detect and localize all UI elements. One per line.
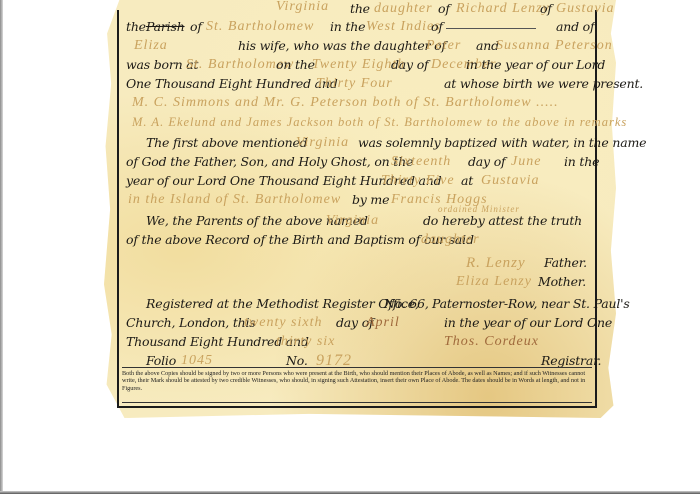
line-birth-year: One Thousand Eight Hundred and Thirty Fo… xyxy=(126,75,588,93)
printed-of-2: of xyxy=(540,0,552,18)
line-witnesses-2: M. A. Ekelund and James Jackson both of … xyxy=(126,113,588,131)
hw-grandfather: Peter xyxy=(426,37,461,55)
hw-registration-year: thirty six xyxy=(276,333,335,351)
printed-church-london: Church, London, this xyxy=(126,314,256,332)
printed-in-the: in the xyxy=(564,153,599,171)
printed-father: Father. xyxy=(544,254,587,272)
hw-parish: St. Bartholomew xyxy=(206,18,314,36)
line-baptism-year: year of our Lord One Thousand Eight Hund… xyxy=(126,172,588,190)
line-birthplace: was born at St. Bartholomew on the Twent… xyxy=(126,56,588,74)
line-child-name: Virginia the daughter of Richard Lenzy o… xyxy=(126,0,588,18)
printed-of: of xyxy=(190,18,202,36)
hw-baptism-day: Sixteenth xyxy=(391,153,451,171)
hw-registration-day: twenty sixth xyxy=(244,314,323,332)
printed-first-mentioned: The first above mentioned xyxy=(146,134,307,152)
printed-one-thousand: One Thousand Eight Hundred and xyxy=(126,75,338,93)
printed-attest: do hereby attest the truth xyxy=(423,212,582,230)
hw-father-name: Richard Lenzy xyxy=(456,0,550,18)
line-father-signature: R. Lenzy Father. xyxy=(126,254,588,272)
hw-father-signature: R. Lenzy xyxy=(466,254,526,272)
line-mother-signature: Eliza Lenzy Mother. xyxy=(126,273,588,291)
hw-registration-month: April xyxy=(366,314,400,332)
printed-and-of: and of xyxy=(556,18,594,36)
hw-daughter: daughter xyxy=(421,231,480,249)
printed-of: of xyxy=(438,0,450,18)
printed-day-of: day of xyxy=(391,56,428,74)
hw-grandmother: Susanna Peterson xyxy=(496,37,613,55)
line-record: of the above Record of the Birth and Bap… xyxy=(126,231,588,249)
printed-year-lord: in the year of our Lord xyxy=(466,56,605,74)
hw-child-name: Virginia xyxy=(276,0,329,16)
printed-in-the: in the xyxy=(330,18,365,36)
hw-witnesses-2: M. A. Ekelund and James Jackson both of … xyxy=(132,113,627,131)
printed-the: the xyxy=(126,18,146,36)
hw-mother-name: Eliza xyxy=(134,37,168,55)
printed-registered: Registered at the Methodist Register Off… xyxy=(146,295,419,313)
printed-day-of: day of xyxy=(468,153,505,171)
hw-baptism-year: Thirty Five xyxy=(381,172,455,190)
printed-his-wife: his wife, who was the daughter of xyxy=(238,37,446,55)
hw-child-name-3: Virginia xyxy=(326,212,379,230)
printed-present: at whose birth we were present. xyxy=(444,75,643,93)
printed-of-2: of xyxy=(431,18,443,36)
hw-mother-signature: Eliza Lenzy xyxy=(456,273,532,291)
line-registration-date: Church, London, this twenty sixth day of… xyxy=(126,314,588,332)
blank-line xyxy=(446,28,536,29)
printed-the: the xyxy=(350,0,370,18)
printed-parish: Parish xyxy=(146,18,185,36)
hw-child-name-2: Virginia xyxy=(296,134,349,152)
printed-mother: Mother. xyxy=(538,273,586,291)
hw-baptism-month: June xyxy=(511,153,541,171)
scanner-edge-left xyxy=(0,0,3,494)
line-baptism-day: of God the Father, Son, and Holy Ghost, … xyxy=(126,153,588,171)
hw-island: in the Island of St. Bartholomew xyxy=(128,191,341,209)
printed-god-father: of God the Father, Son, and Holy Ghost, … xyxy=(126,153,413,171)
printed-by-me: by me xyxy=(352,191,389,209)
footnote-instructions: Both the above Copies should be signed b… xyxy=(122,367,592,392)
hw-witnesses-1: M. C. Simmons and Mr. G. Peterson both o… xyxy=(132,94,559,112)
hw-relation: daughter xyxy=(374,0,433,18)
hw-region: West Indies xyxy=(366,18,441,36)
hw-baptism-place: Gustavia xyxy=(481,172,540,190)
line-witnesses-1: M. C. Simmons and Mr. G. Peterson both o… xyxy=(126,94,588,112)
printed-paternoster: Paternoster-Row, near St. Paul's xyxy=(432,295,630,313)
printed-office-number: No. 66, xyxy=(384,295,429,313)
hw-residence: Gustavia xyxy=(556,0,615,18)
hw-birth-year: Thirty Four xyxy=(316,75,393,93)
line-mother: Eliza his wife, who was the daughter of … xyxy=(126,37,588,55)
line-parents-attest: We, the Parents of the above named Virgi… xyxy=(126,212,588,230)
printed-at: at xyxy=(461,172,473,190)
line-minister: in the Island of St. Bartholomew by me F… xyxy=(126,191,588,209)
printed-baptized: was solemnly baptized with water, in the… xyxy=(358,134,646,152)
line-registration-year: Thousand Eight Hundred and thirty six Th… xyxy=(126,333,588,351)
line-baptized: The first above mentioned Virginia was s… xyxy=(126,134,588,152)
printed-on-the: on the xyxy=(276,56,315,74)
line-registered: Registered at the Methodist Register Off… xyxy=(126,295,588,313)
hw-registrar-signature: Thos. Cordeux xyxy=(444,333,539,351)
printed-year-lord-one: in the year of our Lord One xyxy=(444,314,612,332)
line-parish: the Parish of St. Bartholomew in the Wes… xyxy=(126,18,588,36)
